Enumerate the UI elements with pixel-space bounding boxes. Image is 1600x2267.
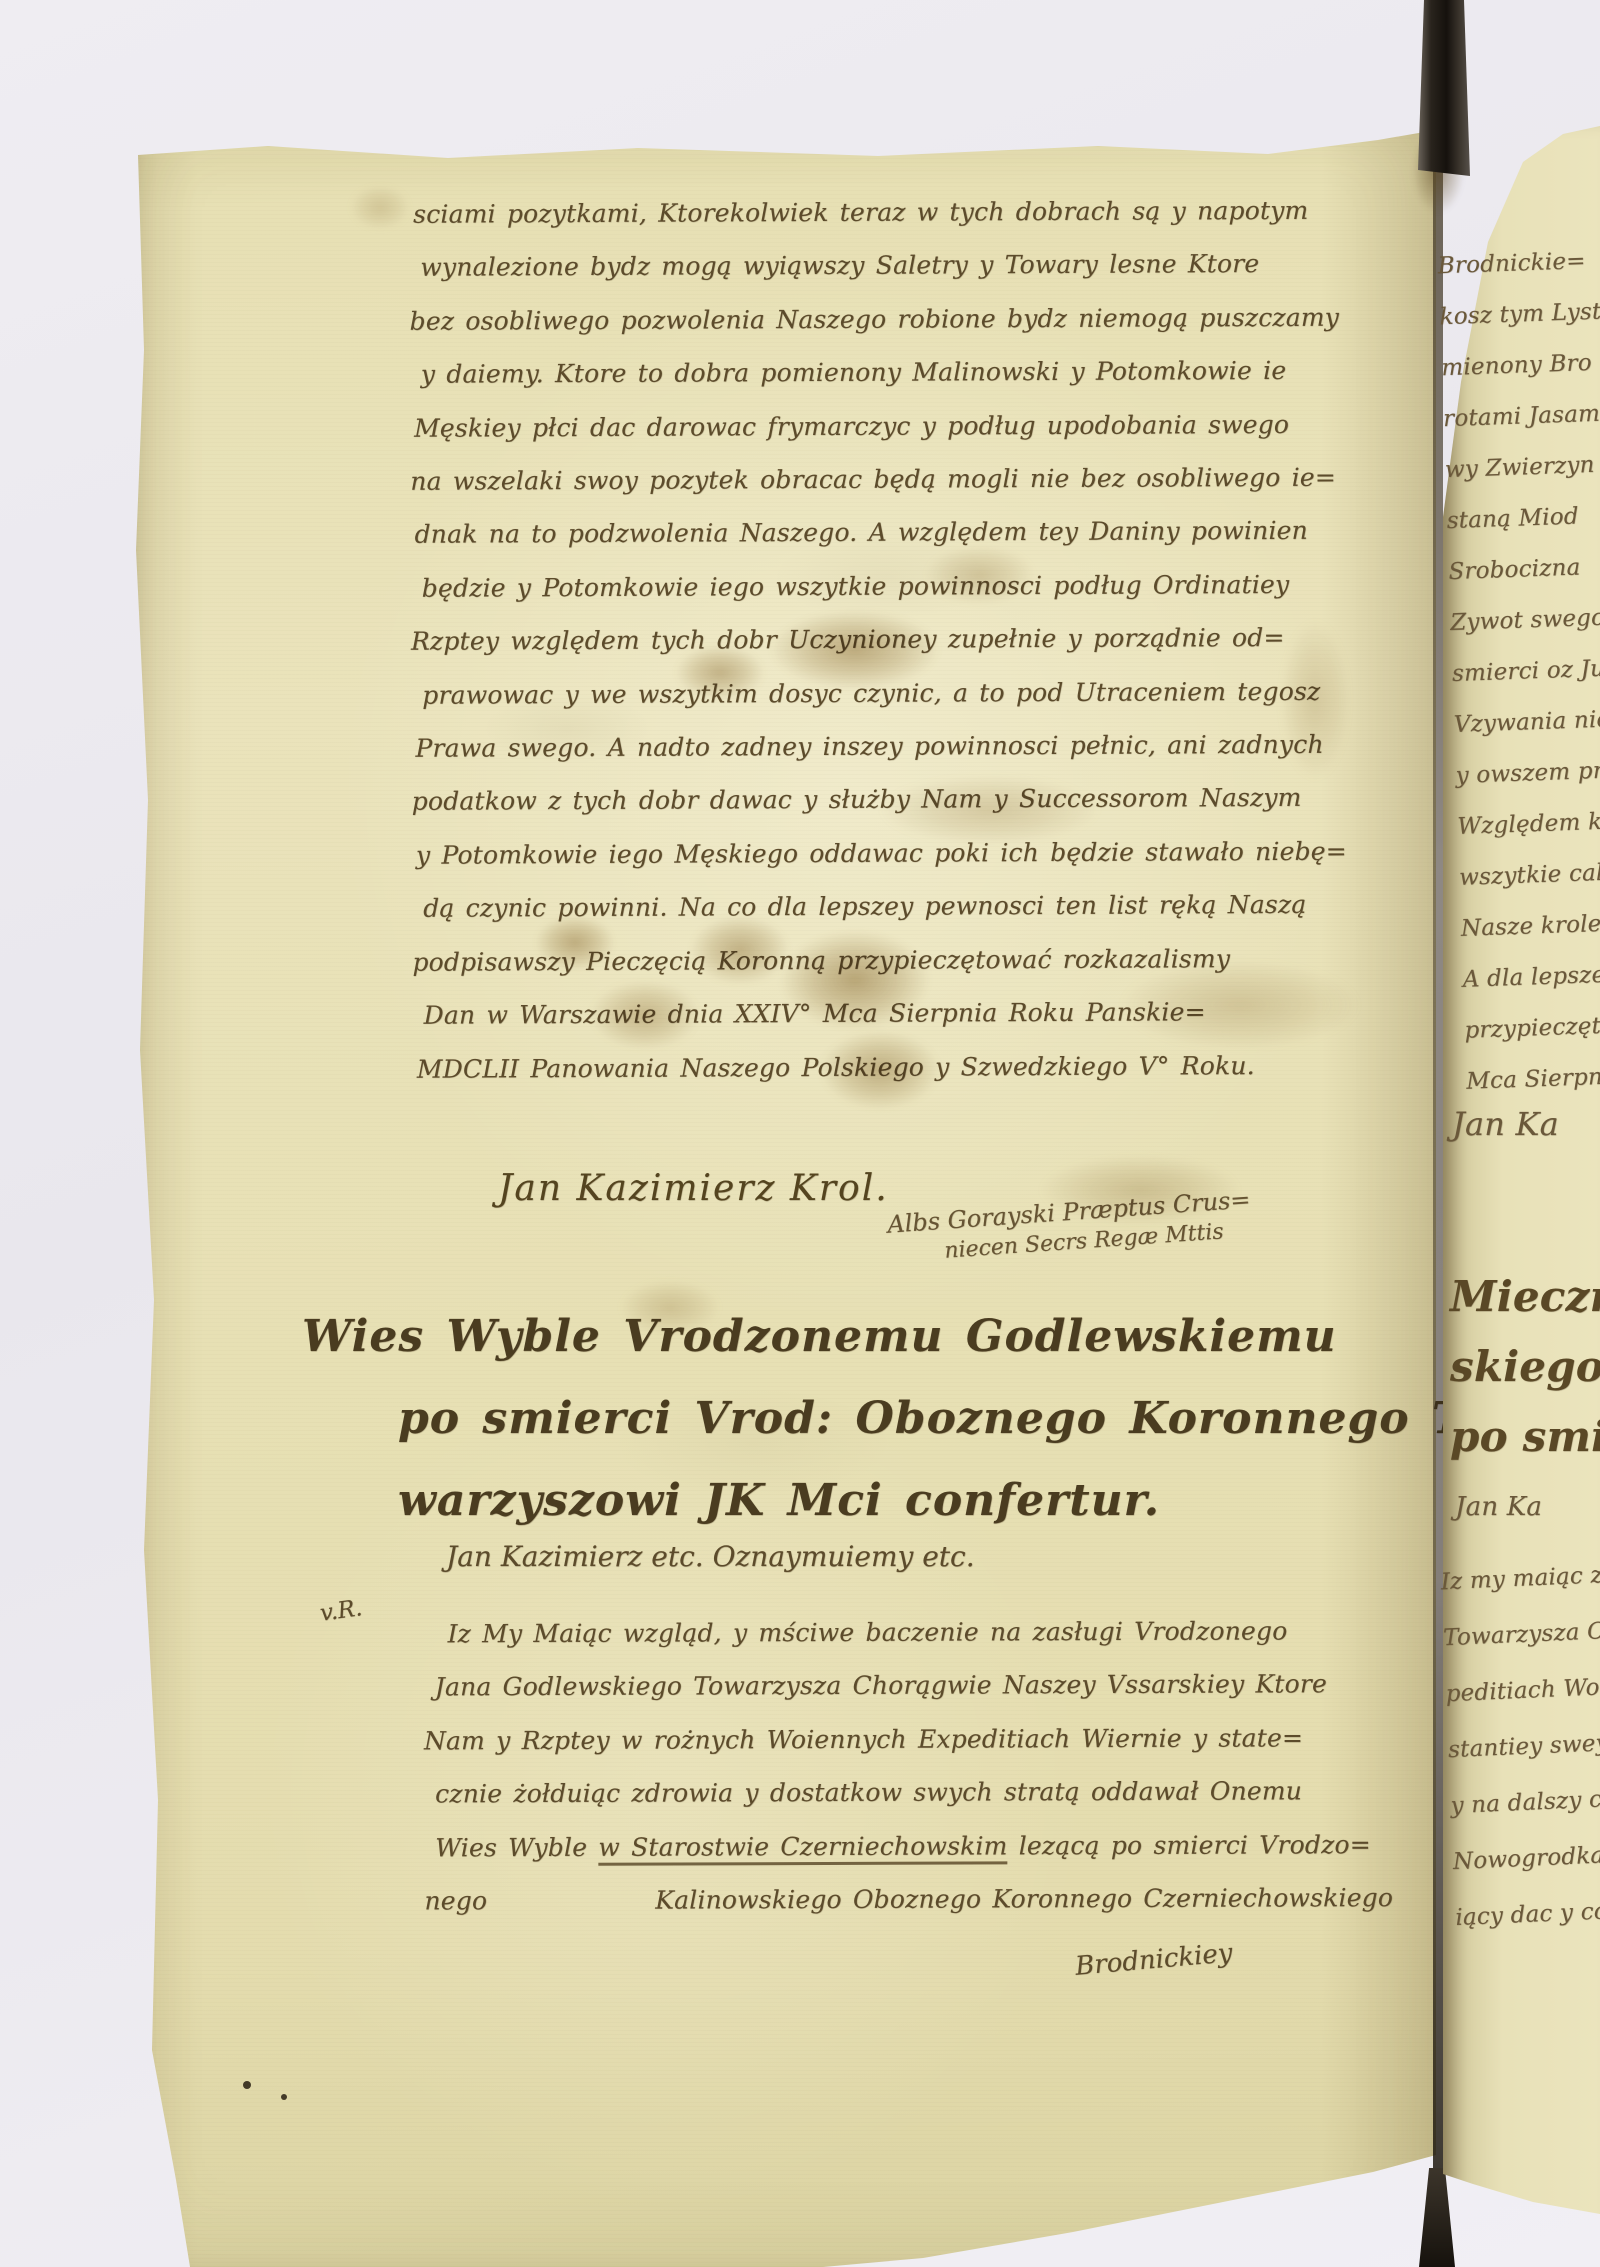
text-line: Jana Godlewskiego Towarzysza Chorągwie N… [435, 1658, 1228, 1714]
next-page-text-fragment: mienony Bro [1440, 337, 1600, 394]
next-page-text-fragment: peditiach Woien [1444, 1658, 1600, 1722]
next-page-text-fragment: Nasze krolews [1460, 898, 1600, 955]
ink-dot [243, 2081, 251, 2089]
document2-intro: Jan Kazimierz etc. Oznaymuiemy etc. [446, 1540, 975, 1573]
text-line: bez osobliwego pozwolenia Naszego robion… [409, 291, 1213, 348]
next-page-heading: Mieczni=skiego Cpo smier [1450, 1262, 1600, 1472]
ink-stain [535, 915, 615, 970]
text-line: cznie żołduiąc zdrowia y dostatkow swych… [435, 1765, 1228, 1821]
document2-heading: Wies Wyble Vrodzonemu Godlewskiemupo smi… [302, 1296, 1529, 1542]
next-page-text-fragment: rotami Jasam [1442, 388, 1600, 445]
next-page-text-fragment: Względem kto [1457, 796, 1600, 853]
next-page-heading-fragment: Mieczni= [1450, 1262, 1600, 1332]
heading-line: Wies Wyble Vrodzonemu Godlewskiemu [302, 1296, 1529, 1378]
ink-stain [1280, 620, 1350, 780]
binding-rod-top [1418, 0, 1470, 176]
next-page-text-fragment: Towarzysza Cho [1442, 1602, 1600, 1666]
next-page-text-fragment: Mca Sierpn [1465, 1051, 1600, 1108]
text-line: sciami pozytkami, Ktorekolwiek teraz w t… [413, 184, 1213, 241]
ink-stain [690, 915, 790, 985]
next-page-signature-fragment: Jan Ka [1452, 1105, 1559, 1143]
next-page-text-fragment: iący dac y conf [1454, 1882, 1600, 1946]
ink-stain [590, 980, 700, 1050]
next-page-text-fragment: y owszem prz [1455, 745, 1600, 802]
ink-stain [1120, 960, 1360, 1050]
text-line: Męskiey płci dac darowac frymarczyc y po… [414, 398, 1214, 455]
next-page-text: Iz my maiąc zTowarzysza Chopeditiach Woi… [1440, 1546, 1600, 1946]
text-line: będzie y Potomkowie iego wszytkie powinn… [422, 558, 1215, 615]
text-line: negoKalinowskiego Oboznego Koronnego Cze… [424, 1872, 1228, 1928]
ink-stain [350, 185, 410, 230]
scan-background: sciami pozytkami, Ktorekolwiek teraz w t… [0, 0, 1600, 2267]
ink-stain [770, 610, 940, 690]
royal-signature: Jan Kazimierz Krol. [498, 1168, 889, 1209]
next-page-text-fragment: smierci oz Ju [1451, 643, 1600, 700]
next-page-text-fragment: y na dalszy cza [1449, 1770, 1600, 1834]
text-line: Wies Wyble w Starostwie Czerniechowskim … [435, 1818, 1228, 1874]
next-page-text-fragment: Vzywania nie [1453, 694, 1600, 751]
document2-body: Iz My Maiąc wzgląd, y mściwe baczenie na… [427, 1605, 1228, 1928]
next-page-text-fragment: A dla lepszey [1462, 949, 1600, 1006]
next-page-text-fragment: kosz tym Lyst [1439, 286, 1600, 343]
text-line: wynalezione bydz mogą wyiąwszy Saletry y… [420, 238, 1213, 295]
next-page-text-fragment: Zywot swego [1449, 592, 1600, 649]
underlined-phrase: w Starostwie Czerniechowskim [598, 1831, 1007, 1865]
ink-stain [675, 645, 765, 700]
binding-rod-bottom [1419, 2168, 1455, 2267]
text-line: Iz My Maiąc wzgląd, y mściwe baczenie na… [447, 1605, 1227, 1661]
next-page-heading-fragment: skiego C [1450, 1332, 1600, 1402]
next-page-text-fragment: Nowogrodka Si [1452, 1826, 1600, 1890]
next-page-text-fragment: wszytkie cale [1458, 847, 1600, 904]
text-line: Prawa swego. A nadto zadney inszey powin… [415, 718, 1215, 775]
text-line: y Potomkowie iego Męskiego oddawac poki … [416, 825, 1216, 882]
ink-stain [880, 775, 1100, 845]
text-line: na wszelaki swoy pozytek obracac będą mo… [410, 451, 1214, 508]
ink-stain [780, 930, 930, 1030]
next-page-text-fragment: przypieczętow [1464, 1000, 1600, 1057]
next-page-text-fragment: Srobocizna [1448, 541, 1600, 598]
next-page-text-fragment: Iz my maiąc z [1440, 1546, 1600, 1610]
heading-line: po smierci Vrod: Oboznego Koronnego To= [398, 1378, 1529, 1460]
next-page-text-fragment: staną Miod [1446, 490, 1600, 547]
ink-stain [925, 545, 1035, 605]
ink-stain [820, 1030, 940, 1110]
next-page-heading-fragment: po smier [1450, 1402, 1600, 1472]
gutter-shadow [1433, 160, 1443, 2190]
next-page-text-fragment: Brodnickie= [1437, 235, 1600, 292]
heading-line: warzyszowi JK Mci confertur. [398, 1460, 1529, 1542]
ink-dot [281, 2094, 287, 2100]
text-line: y daiemy. Ktore to dobra pomienony Malin… [421, 344, 1214, 401]
next-page-text-fragment: stantiey swey [1447, 1714, 1600, 1778]
text-line: MDCLII Panowania Naszego Polskiego y Szw… [417, 1039, 1217, 1096]
ink-stain [620, 1280, 720, 1335]
text-line: dnak na to podzwolenia Naszego. A względ… [414, 505, 1214, 562]
next-page-intro-fragment: Jan Ka [1455, 1492, 1542, 1522]
text-line: Nam y Rzptey w rożnych Woiennych Expedit… [424, 1711, 1228, 1767]
ink-stain [1040, 1155, 1240, 1225]
next-page-text-fragment: wy Zwierzyn [1444, 439, 1600, 496]
